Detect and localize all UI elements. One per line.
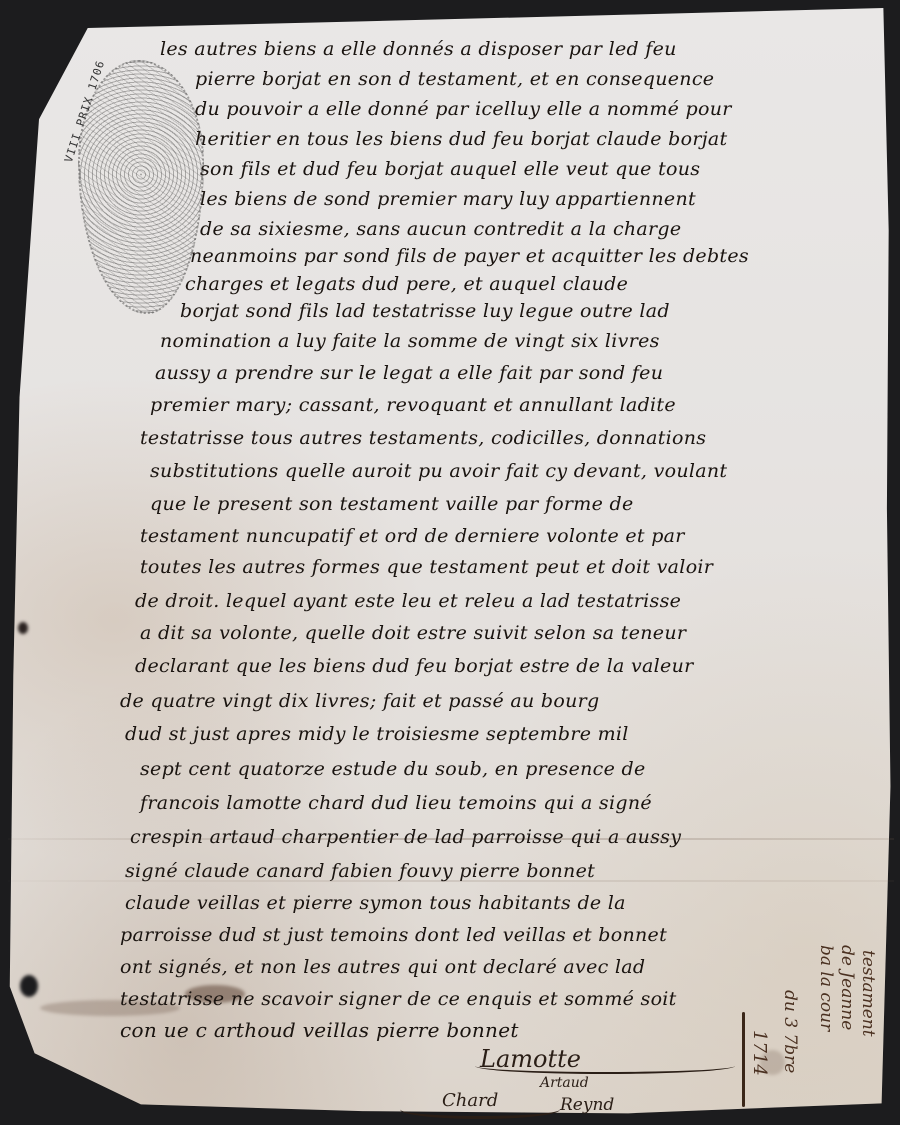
text-line: de sa sixiesme, sans aucun contredit a l… [200,218,681,240]
margin-note-line: du 3 7bre [780,990,800,1073]
text-line: declarant que les biens dud feu borjat e… [135,655,694,677]
margin-bracket [742,1012,745,1107]
text-line: charges et legats dud pere, et auquel cl… [185,273,628,295]
signature-flourish [400,1100,560,1119]
margin-note-line: de Jeanne [837,945,857,1030]
text-line: toutes les autres formes que testament p… [140,556,713,578]
text-line: dud st just apres midy le troisiesme sep… [125,723,629,745]
text-line: testatrisse tous autres testaments, codi… [140,427,706,449]
text-line: premier mary; cassant, revoquant et annu… [150,394,676,416]
text-line: francois lamotte chard dud lieu temoins … [140,792,652,814]
paper-hole [18,622,28,634]
text-line: du pouvoir a elle donné par icelluy elle… [195,98,732,120]
paper-hole [20,975,38,997]
text-line: nomination a luy faite la somme de vingt… [160,330,660,352]
text-line: aussy a prendre sur le legat a elle fait… [155,362,663,384]
text-line: ont signés, et non les autres qui ont de… [120,956,645,978]
text-line: heritier en tous les biens dud feu borja… [195,128,727,150]
text-line: neanmoins par sond fils de payer et acqu… [190,245,749,267]
text-line: les biens de sond premier mary luy appar… [200,188,696,210]
text-line: testatrisse ne scavoir signer de ce enqu… [120,988,677,1010]
text-line: de droit. lequel ayant este leu et releu… [135,590,681,612]
text-line: claude veillas et pierre symon tous habi… [125,892,626,914]
text-line: testament nuncupatif et ord de derniere … [140,525,685,547]
text-line: parroisse dud st just temoins dont led v… [120,924,667,946]
text-line: de quatre vingt dix livres; fait et pass… [120,690,599,712]
text-line: a dit sa volonte, quelle doit estre suiv… [140,622,686,644]
signature-flourish [475,1058,735,1074]
text-line: con ue c arthoud veillas pierre bonnet [120,1018,519,1042]
text-line: signé claude canard fabien fouvy pierre … [125,860,595,882]
text-line: crespin artaud charpentier de lad parroi… [130,826,681,848]
text-line: les autres biens a elle donnés a dispose… [160,38,677,60]
text-line: son fils et dud feu borjat auquel elle v… [200,158,700,180]
margin-note-line: ba la cour [816,945,836,1031]
text-line: substitutions quelle auroit pu avoir fai… [150,460,727,482]
signature-reynd: Reynd [560,1095,614,1115]
margin-note-line: testament [858,950,878,1037]
signature-artaud: Artaud [540,1075,589,1091]
text-line: pierre borjat en son d testament, et en … [195,68,714,90]
text-line: que le present son testament vaille par … [150,493,634,515]
margin-note-line: 1714 [749,1030,770,1076]
text-line: sept cent quatorze estude du soub, en pr… [140,758,646,780]
text-line: borjat sond fils lad testatrisse luy leg… [180,300,670,322]
